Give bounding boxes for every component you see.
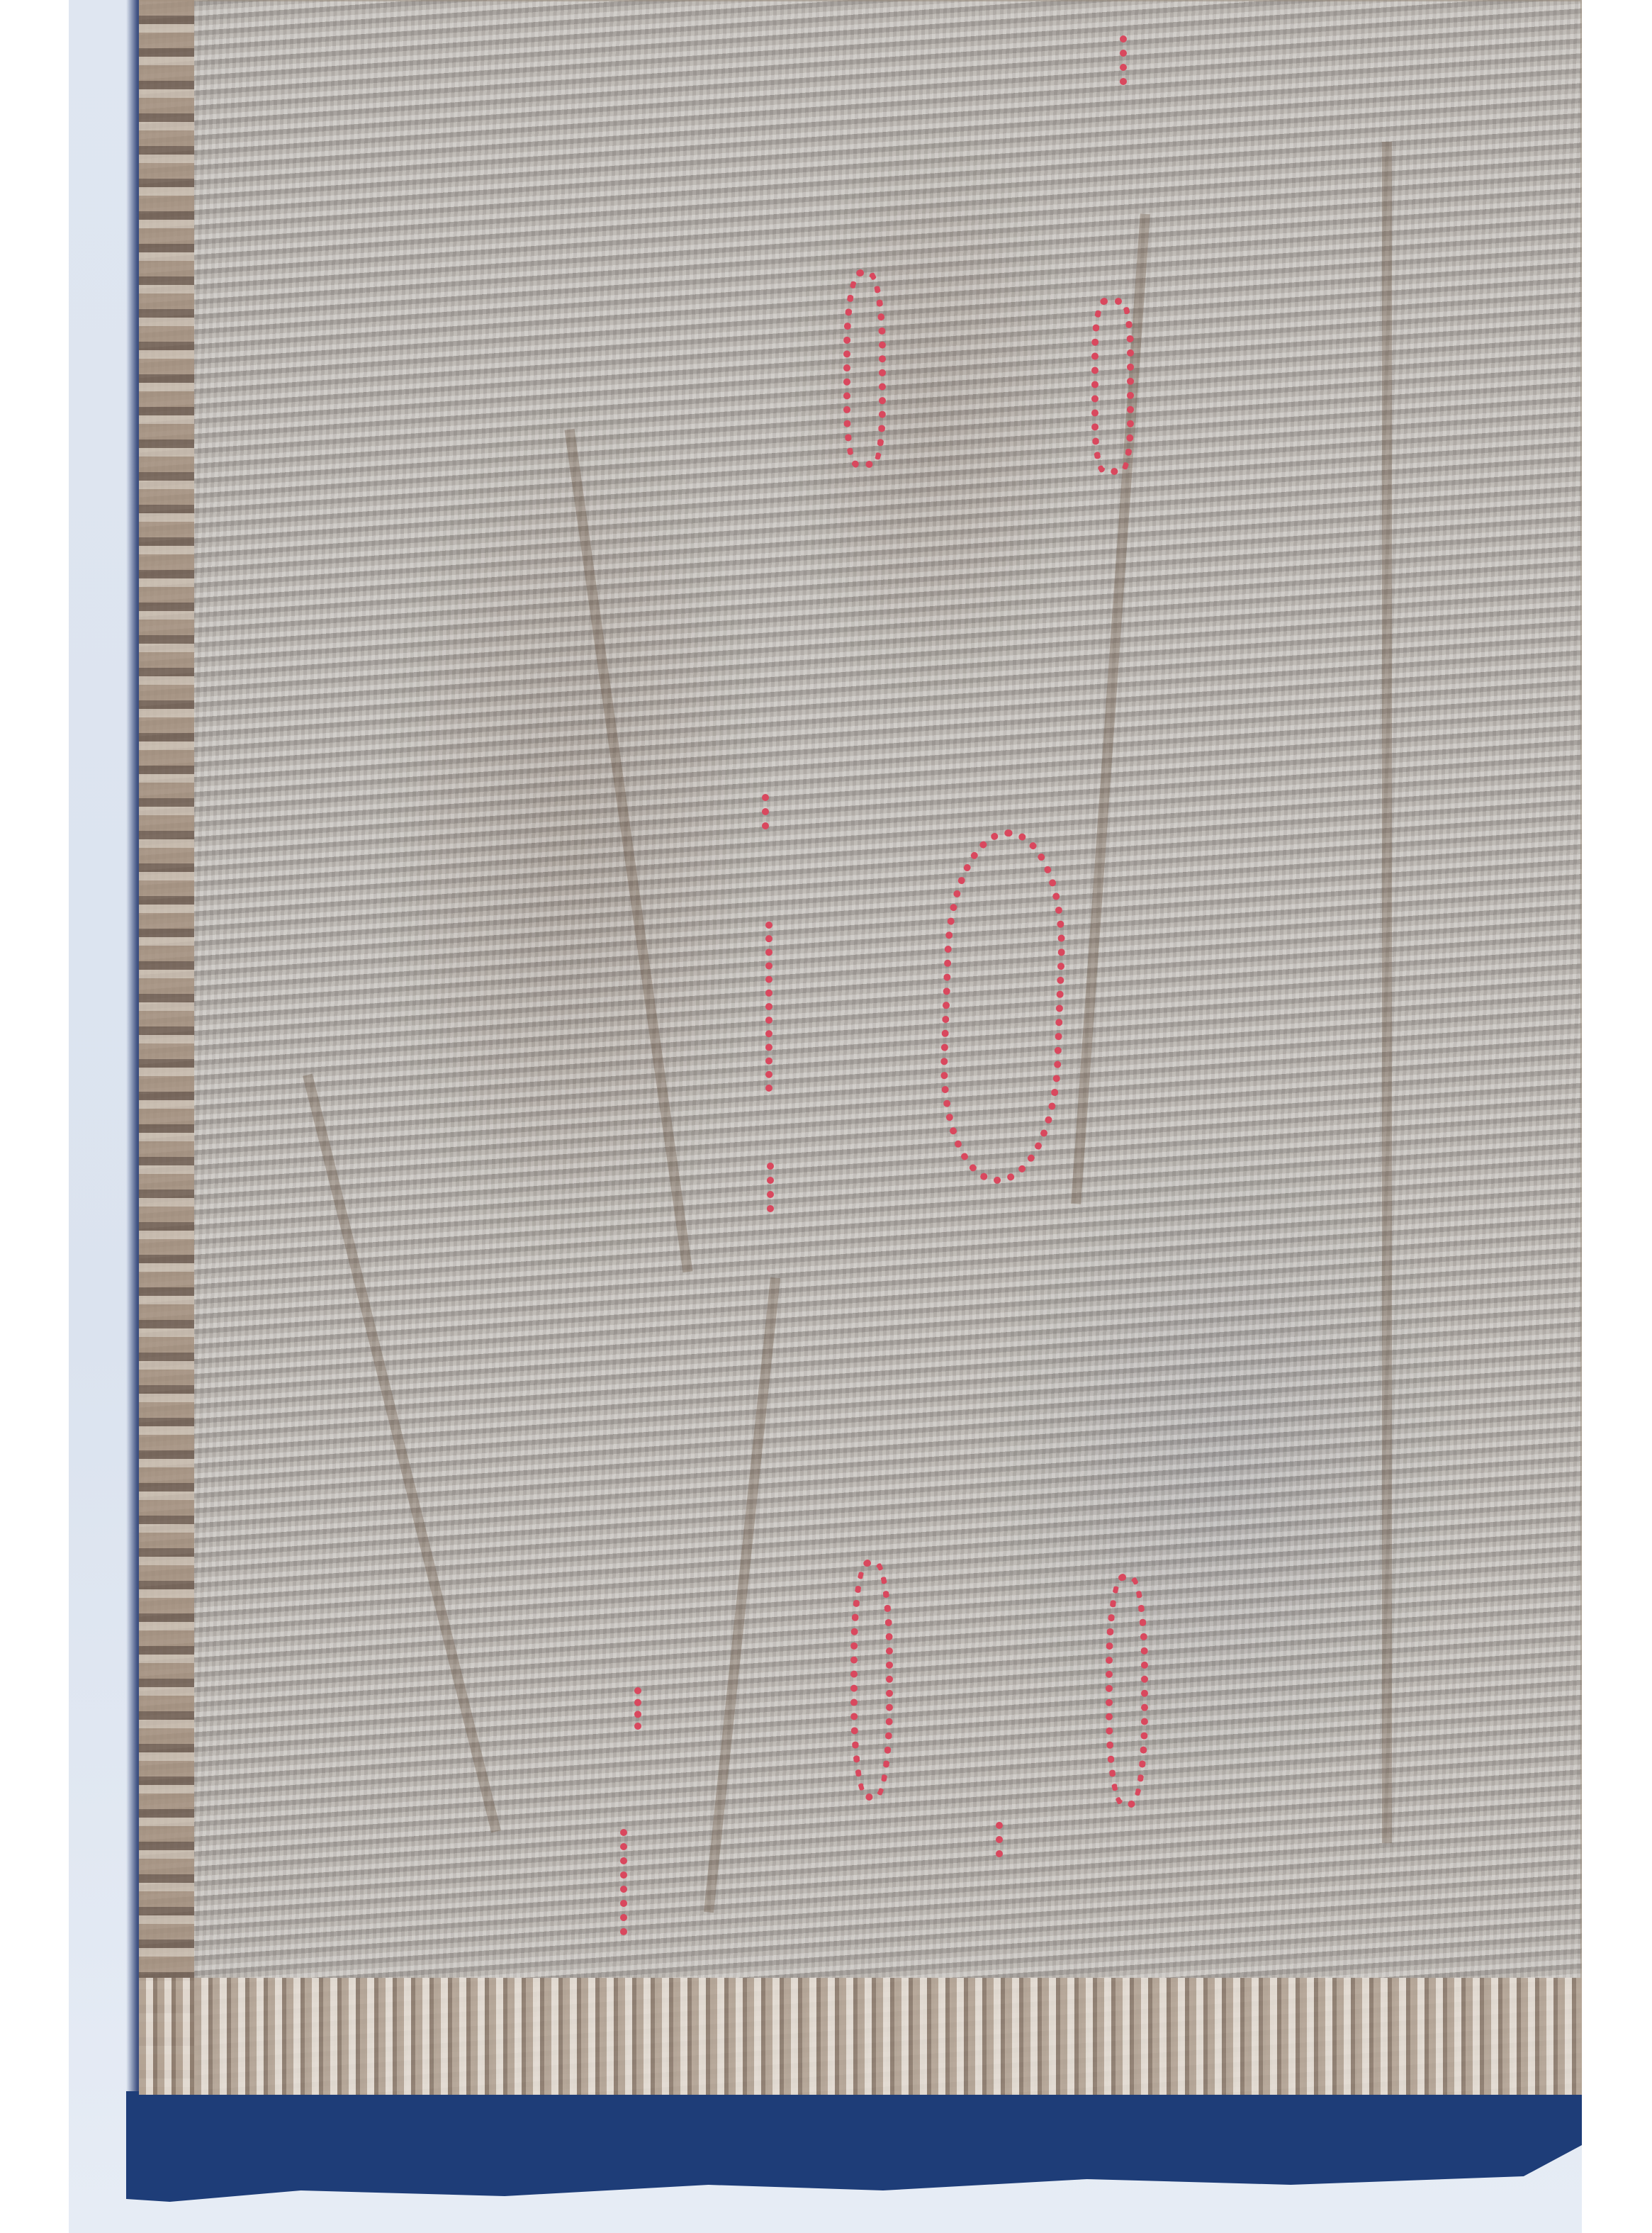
- red-motif-bottom-left: [850, 1560, 893, 1801]
- red-motif-bottom-right: [1106, 1574, 1148, 1808]
- red-mark-center-left-lower: [767, 1163, 774, 1212]
- red-mark-bottom-right-small: [996, 1822, 1003, 1857]
- red-mark-center-left-small: [762, 794, 769, 829]
- red-mark-top: [1120, 35, 1127, 85]
- red-motif-top-left: [843, 269, 886, 468]
- pattern-stroke: [1382, 142, 1392, 1843]
- rug-end-fringe: [139, 1978, 1582, 2095]
- red-mark-center-left: [765, 922, 772, 1092]
- rug-selvedge-edge: [139, 0, 194, 2095]
- red-mark-bottom-small: [634, 1687, 641, 1730]
- red-motif-top-right: [1091, 298, 1134, 475]
- red-mark-bottom-lower: [620, 1829, 627, 1935]
